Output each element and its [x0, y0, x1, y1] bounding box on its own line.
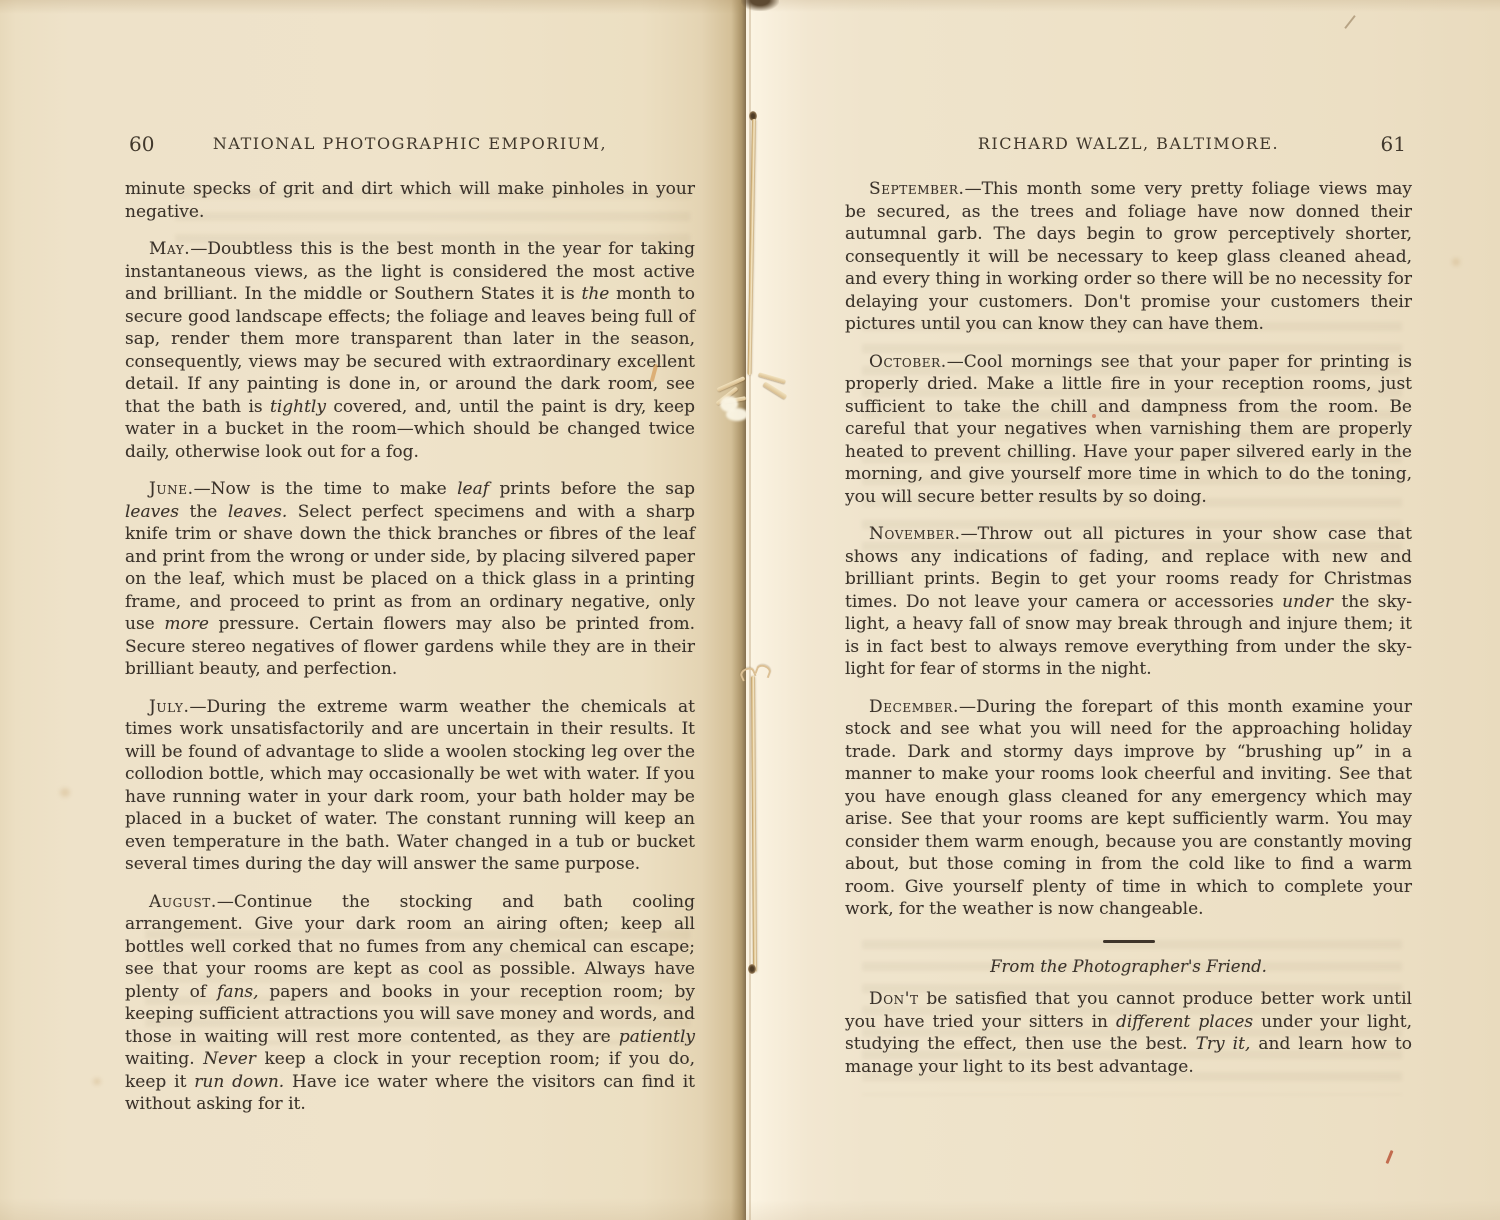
- page-number-right: 61: [1381, 132, 1406, 156]
- paragraph: November.—Throw out all pictures in your…: [845, 523, 1412, 681]
- thread-fray: [726, 408, 748, 421]
- paragraph: October.—Cool mornings see that your pap…: [845, 351, 1412, 509]
- page-left-text: minute specks of grit and dirt which wil…: [125, 178, 695, 1116]
- paragraph: July.—During the extreme warm weather th…: [125, 696, 695, 876]
- page-number-left: 60: [129, 132, 154, 156]
- thread-strand: [758, 372, 786, 384]
- book-spread: 60 NATIONAL PHOTOGRAPHIC EMPORIUM, minut…: [0, 0, 1500, 1220]
- section-divider: [1103, 940, 1155, 943]
- gutter-notch: [741, 0, 779, 11]
- paragraph: September.—This month some very pretty f…: [845, 178, 1412, 336]
- foxing-spot: [60, 788, 70, 797]
- thread-knot: [714, 368, 796, 416]
- paragraph: December.—During the forepart of this mo…: [845, 696, 1412, 921]
- paragraph: August.—Continue the stocking and bath c…: [125, 891, 695, 1116]
- paragraph-group-right-months: September.—This month some very pretty f…: [845, 178, 1412, 921]
- foxing-spot: [1452, 258, 1460, 266]
- paragraph: Don't be satisfied that you cannot produ…: [845, 988, 1412, 1078]
- section-paragraph-group: Don't be satisfied that you cannot produ…: [845, 988, 1412, 1078]
- paragraph-group-left: minute specks of grit and dirt which wil…: [125, 178, 695, 1116]
- thread-strand: [763, 381, 788, 399]
- paragraph: May.—Doubtless this is the best month in…: [125, 238, 695, 463]
- section-heading: From the Photographer's Friend.: [845, 956, 1412, 979]
- paragraph: June.—Now is the time to make leaf print…: [125, 478, 695, 681]
- header-left: 60 NATIONAL PHOTOGRAPHIC EMPORIUM,: [125, 134, 695, 158]
- header-right: RICHARD WALZL, BALTIMORE. 61: [845, 134, 1412, 158]
- running-header-left: NATIONAL PHOTOGRAPHIC EMPORIUM,: [125, 134, 695, 153]
- page-right-text: September.—This month some very pretty f…: [845, 178, 1412, 1078]
- foxing-spot: [93, 1078, 101, 1085]
- stitch-hole-bottom: [748, 964, 756, 974]
- running-header-right: RICHARD WALZL, BALTIMORE.: [845, 134, 1412, 153]
- paragraph: minute specks of grit and dirt which wil…: [125, 178, 695, 223]
